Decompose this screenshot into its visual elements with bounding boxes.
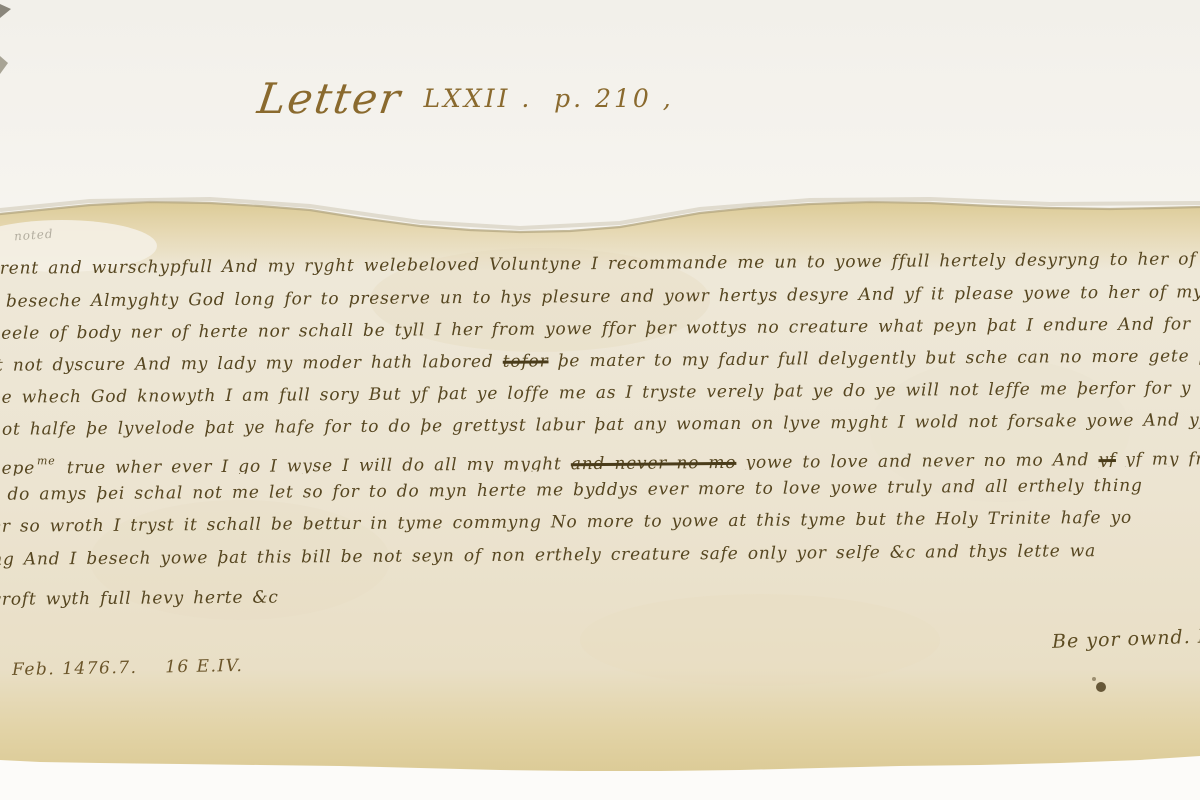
manuscript-line: croft wyth full hevy herte &c [0, 578, 1200, 614]
line-text: croft wyth full hevy herte &c [0, 588, 279, 610]
line-text: erent and wurschypfull And my ryght wele… [0, 248, 1200, 279]
manuscript-photo: LetterLXXII . p. 210 , noted erent and w… [0, 0, 1200, 800]
struck-phrase: and never no mo [571, 453, 737, 474]
line-text: true wher ever I go I wyse I will do all… [58, 454, 571, 476]
line-text: it not dyscure And my lady my moder hath… [0, 352, 503, 376]
manuscript-line: er so wroth I tryst it schall be bettur … [0, 505, 1200, 541]
manuscript-line: ng And I besech yowe þat this bill be no… [0, 538, 1200, 574]
line-text: ng And I besech yowe þat this bill be no… [0, 541, 1096, 570]
line-text: heele of body ner of herte nor schall be… [0, 314, 1200, 344]
manuscript-line: it not dyscure And my lady my moder hath… [0, 344, 1200, 380]
struck-word: tofor [503, 351, 549, 371]
line-text: I do amys þei schal not me let so for to… [0, 476, 1143, 505]
manuscript-line: erent and wurschypfull And my ryght wele… [0, 247, 1200, 283]
line-text: þe mater to my fadur full delygently but… [548, 346, 1200, 372]
line-text: I beseche Almyghty God long for to prese… [0, 281, 1200, 312]
manuscript-line: I beseche Almyghty God long for to prese… [0, 280, 1200, 316]
struck-word: yf [1098, 450, 1116, 470]
line-text: er so wroth I tryst it schall be bettur … [0, 508, 1132, 537]
line-text: not halfe þe lyvelode þat ye hafe for to… [0, 410, 1200, 440]
manuscript-line: heele of body ner of herte nor schall be… [0, 312, 1200, 348]
line-text: yf my fre [1116, 449, 1200, 470]
manuscript-line: kepeme true wher ever I go I wyse I will… [0, 440, 1200, 476]
line-text: kepe [0, 458, 35, 475]
manuscript-line: not halfe þe lyvelode þat ye hafe for to… [0, 408, 1200, 444]
line-text: yowe to love and never no mo And [736, 450, 1098, 473]
letter-text-block: erent and wurschypfull And my ryght wele… [0, 0, 1200, 800]
interlinear-insertion: me [37, 454, 56, 467]
manuscript-line: þe whech God knowyth I am full sory But … [0, 376, 1200, 412]
line-text: þe whech God knowyth I am full sory But … [0, 378, 1191, 407]
manuscript-line: I do amys þei schal not me let so for to… [0, 473, 1200, 509]
date-annotation: Feb. 1476.7. 16 E.IV. [12, 656, 244, 680]
